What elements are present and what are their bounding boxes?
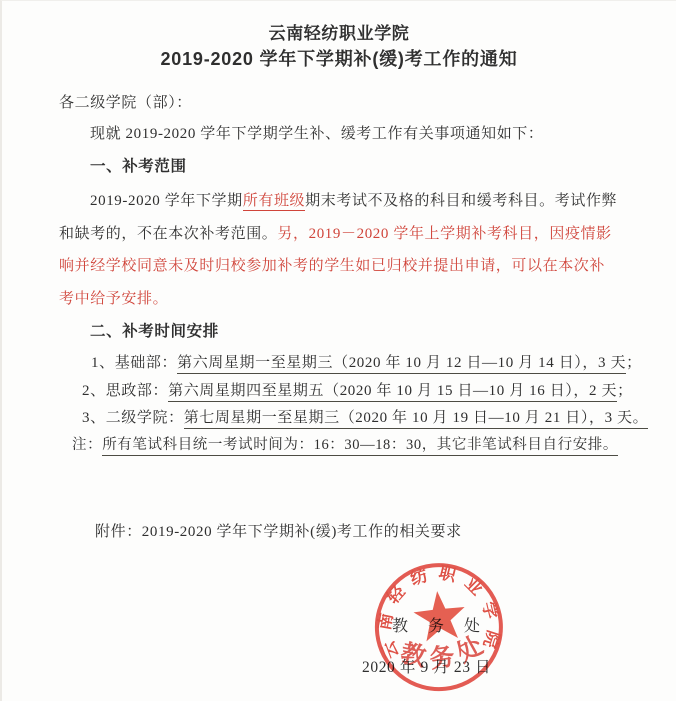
official-seal: 云南轻纺职业学院 教务处 bbox=[360, 550, 520, 701]
para1-line2-black: 和缺考的，不在本次补考范围。 bbox=[59, 226, 277, 242]
attachment-line: 附件：2019-2020 学年下学期补(缓)考工作的相关要求 bbox=[95, 520, 462, 541]
notice-document: 云南轻纺职业学院 2019-2020 学年下学期补(缓)考工作的通知 各二级学院… bbox=[0, 0, 676, 701]
section1-heading: 一、补考范围 bbox=[90, 154, 187, 176]
doc-title: 云南轻纺职业学院 bbox=[2, 19, 676, 44]
para1-line3: 响并经学校同意未及时归校参加补考的学生如已归校并提出申请，可以在本次补 bbox=[59, 254, 605, 275]
intro-line: 现就 2019-2020 学年下学期学生补、缓考工作有关事项通知如下： bbox=[90, 122, 544, 143]
para1-line2-red: 另，2019－2020 学年上学期补考科目，因疫情影 bbox=[277, 226, 611, 242]
seal-dept-text: 教务处 bbox=[395, 627, 495, 677]
para1-line1-black-a: 2019-2020 学年下学期 bbox=[90, 193, 243, 209]
section2-heading: 二、补考时间安排 bbox=[90, 319, 219, 341]
item1-prefix: 1、基础部： bbox=[91, 355, 177, 371]
star-icon bbox=[412, 588, 468, 642]
schedule-item-3: 3、二级学院：第七周星期一至星期三（2020 年 10 月 19 日—10 月 … bbox=[82, 406, 648, 427]
para1-line2: 和缺考的，不在本次补考范围。另，2019－2020 学年上学期补考科目，因疫情影 bbox=[59, 222, 612, 243]
item1-suffix: ； bbox=[626, 355, 642, 371]
item3-underlined: 第七周星期一至星期三（2020 年 10 月 19 日—10 月 21 日），3… bbox=[184, 410, 649, 429]
item3-prefix: 3、二级学院： bbox=[82, 410, 184, 426]
item2-underlined: 第六周星期四至星期五（2020 年 10 月 15 日—10 月 16 日），2… bbox=[168, 383, 617, 402]
para1-line1: 2019-2020 学年下学期所有班级期末考试不及格的科目和缓考科目。考试作弊 bbox=[90, 189, 617, 210]
para1-line4: 考中给予安排。 bbox=[59, 287, 168, 308]
schedule-note: 注：所有笔试科目统一考试时间为：16：30—18：30，其它非笔试科目自行安排。 bbox=[72, 433, 618, 454]
note-underlined: 所有笔试科目统一考试时间为：16：30—18：30，其它非笔试科目自行安排。 bbox=[102, 437, 618, 456]
item1-underlined: 第六周星期一至星期三（2020 年 10 月 12 日—10 月 14 日），3… bbox=[177, 355, 626, 374]
item2-suffix: ； bbox=[617, 383, 633, 399]
schedule-item-2: 2、思政部：第六周星期四至星期五（2020 年 10 月 15 日—10 月 1… bbox=[82, 379, 633, 400]
para1-line1-black-b: 期末考试不及格的科目和缓考科目。考试作弊 bbox=[305, 193, 617, 209]
note-prefix: 注： bbox=[72, 437, 102, 453]
schedule-item-1: 1、基础部：第六周星期一至星期三（2020 年 10 月 12 日—10 月 1… bbox=[91, 351, 642, 372]
svg-text:教务处: 教务处 bbox=[395, 627, 495, 677]
salutation: 各二级学院（部）： bbox=[59, 91, 192, 112]
item2-prefix: 2、思政部： bbox=[82, 383, 168, 399]
para1-line1-red-underlined: 所有班级 bbox=[243, 193, 305, 211]
doc-subtitle: 2019-2020 学年下学期补(缓)考工作的通知 bbox=[2, 45, 676, 71]
